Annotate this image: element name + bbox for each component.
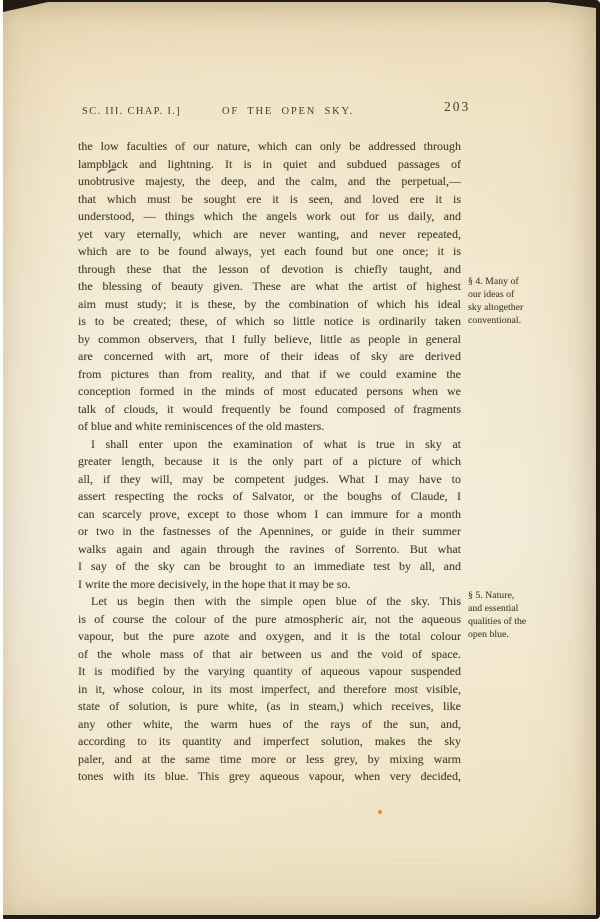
text-line: of the whole mass of that air between us… <box>78 646 461 664</box>
text-line: understood, — things which the angels wo… <box>78 208 461 226</box>
margin-note-line: open blue. <box>468 628 566 641</box>
text-line: according to its quantity and imperfect … <box>78 733 461 751</box>
text-line: in it, whose colour, in its most imperfe… <box>78 681 461 699</box>
text-line: I shall enter upon the examination of wh… <box>78 436 461 454</box>
text-line: greater length, because it is the only p… <box>78 453 461 471</box>
text-line: the low faculties of our nature, which c… <box>78 138 461 156</box>
text-line: Let us begin then with the simple open b… <box>78 593 461 611</box>
text-line: vapour, but the pure azote and oxygen, a… <box>78 628 461 646</box>
margin-note-section-5: § 5. Nature,and essentialqualities of th… <box>468 589 566 641</box>
section-title: OF THE OPEN SKY. <box>222 106 354 117</box>
text-line: talk of clouds, it would frequently be f… <box>78 401 461 419</box>
text-line: by common observers, that I fully believ… <box>78 331 461 349</box>
body-text: the low faculties of our nature, which c… <box>78 138 461 786</box>
text-line: yet vary eternally, which are never want… <box>78 226 461 244</box>
text-line: It is modified by the varying quantity o… <box>78 663 461 681</box>
margin-note-line: conventional. <box>468 314 566 327</box>
text-line: which are to be found always, yet each f… <box>78 243 461 261</box>
text-line: or two in the fastnesses of the Apennine… <box>78 523 461 541</box>
text-line: that which must be sought ere it is seen… <box>78 191 461 209</box>
text-line: is to be created; these, of which so lit… <box>78 313 461 331</box>
text-line: conception formed in the minds of most e… <box>78 383 461 401</box>
text-line: the blessing of beauty given. These are … <box>78 278 461 296</box>
paragraph: Let us begin then with the simple open b… <box>78 593 461 786</box>
margin-note-line: and essential <box>468 602 566 615</box>
text-line: assert respecting the rocks of Salvator,… <box>78 488 461 506</box>
text-line: tones with its blue. This grey aqueous v… <box>78 768 461 786</box>
text-line: all, if they will, may be competent judg… <box>78 471 461 489</box>
chapter-heading: SC. III. CHAP. I.] <box>82 106 181 117</box>
text-line: I write the more decisively, in the hope… <box>78 576 461 594</box>
margin-note-line: sky altogether <box>468 301 566 314</box>
text-line: of blue and white reminiscences of the o… <box>78 418 461 436</box>
margin-note-line: qualities of the <box>468 615 566 628</box>
paragraph: I shall enter upon the examination of wh… <box>78 436 461 594</box>
page-content: SC. III. CHAP. I.] OF THE OPEN SKY. 203 … <box>0 0 600 922</box>
margin-note-line: § 5. Nature, <box>468 589 566 602</box>
paragraph-continuation: the low faculties of our nature, which c… <box>78 138 461 436</box>
scanned-book-page: SC. III. CHAP. I.] OF THE OPEN SKY. 203 … <box>0 0 600 922</box>
text-line: from pictures than from reality, and tha… <box>78 366 461 384</box>
text-line: are concerned with art, more of their id… <box>78 348 461 366</box>
text-line: state of solution, is pure white, (as in… <box>78 698 461 716</box>
margin-note-line: our ideas of <box>468 288 566 301</box>
text-line: aim must study; it is these, by the comb… <box>78 296 461 314</box>
margin-note-section-4: § 4. Many ofour ideas ofsky altogetherco… <box>468 275 566 327</box>
text-line: through these that the lesson of devotio… <box>78 261 461 279</box>
text-line: paler, and at the same time more or less… <box>78 751 461 769</box>
text-line: walks again and again through the ravine… <box>78 541 461 559</box>
text-line: I say of the sky can be brought to an im… <box>78 558 461 576</box>
text-line: can scarcely prove, except to those whom… <box>78 506 461 524</box>
text-line: is of course the colour of the pure atmo… <box>78 611 461 629</box>
text-line: lampblack and lightning. It is in quiet … <box>78 156 461 174</box>
text-line: unobtrusive majesty, the deep, and the c… <box>78 173 461 191</box>
page-number: 203 <box>444 99 470 115</box>
text-line: any other white, the warm hues of the ra… <box>78 716 461 734</box>
margin-note-line: § 4. Many of <box>468 275 566 288</box>
